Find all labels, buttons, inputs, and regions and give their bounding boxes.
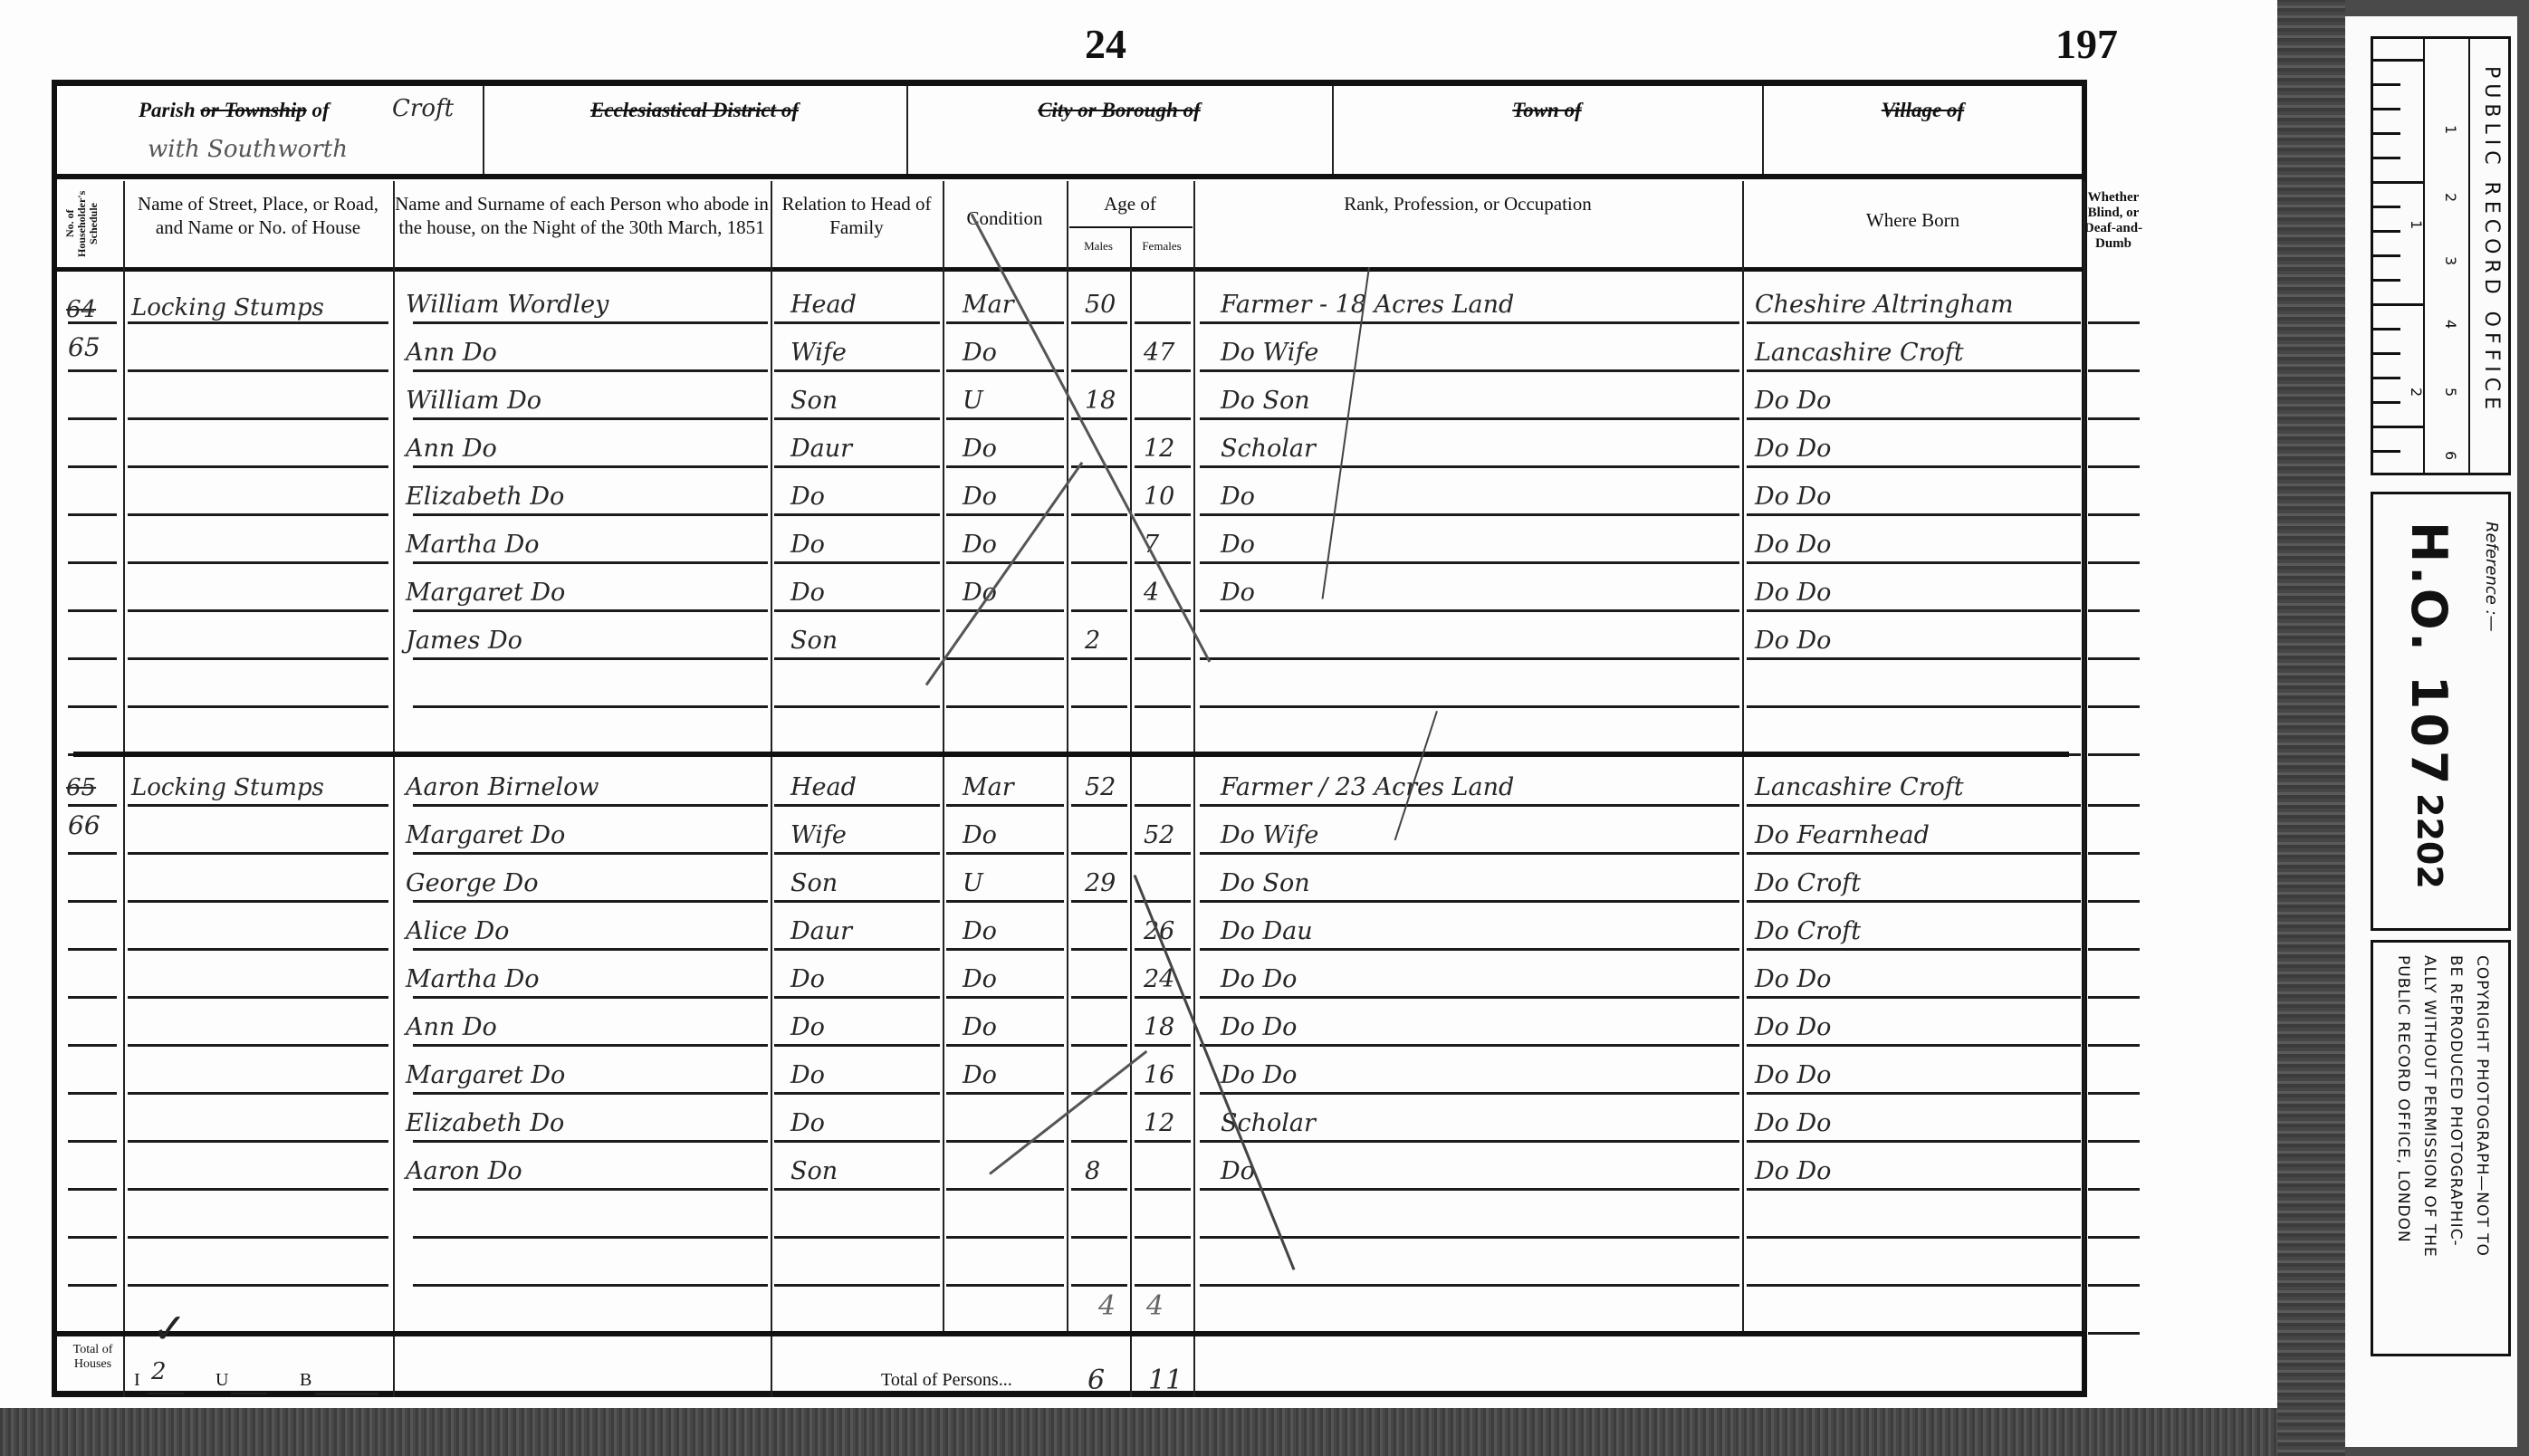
- person-name: Margaret Do: [406, 1061, 565, 1089]
- table-row: Alice DoDaurDo26Do DauDo Croft: [57, 903, 2082, 951]
- copyright-line: ALLY WITHOUT PERMISSION OF THE: [2416, 955, 2442, 1258]
- copyright-line: PUBLIC RECORD OFFICE, LONDON: [2390, 955, 2416, 1258]
- occupation: Do: [1221, 579, 1255, 607]
- row-rule: [946, 705, 1064, 708]
- copyright-notice: COPYRIGHT PHOTOGRAPH—NOT TO BE REPRODUCE…: [2390, 955, 2495, 1258]
- ruler-cm-1: 1: [2442, 125, 2459, 134]
- relation: Do: [790, 1013, 825, 1041]
- ruler-sep: [2468, 39, 2470, 473]
- males-total: 6: [1087, 1365, 1105, 1396]
- ruler-tick: [2373, 279, 2400, 282]
- row-rule: [2088, 369, 2140, 372]
- table-row: Martha DoDoDo24Do DoDo Do: [57, 951, 2082, 999]
- col-where-born: Where Born: [1742, 181, 2084, 267]
- ruler-tick: [2373, 377, 2400, 379]
- row-rule: [1747, 1236, 2081, 1239]
- row-rule: [2088, 1092, 2140, 1095]
- inhabited-value: 2: [151, 1358, 167, 1385]
- where-born: Do Fearnhead: [1755, 821, 1930, 849]
- reference-panel: PUBLIC RECORD OFFICE 1 2 3 4 5 6 1 2 Ref…: [2345, 16, 2517, 1447]
- row-rule: [413, 705, 768, 708]
- row-rule: [2088, 609, 2140, 612]
- col-relation: Relation to Head of Family: [771, 181, 943, 267]
- person-name: James Do: [406, 627, 522, 655]
- row-rule: [2088, 705, 2140, 708]
- row-rule: [1071, 1236, 1127, 1239]
- piece-number: 2202: [2409, 793, 2449, 889]
- age-male: 52: [1085, 773, 1116, 801]
- occupation: Do Wife: [1221, 821, 1318, 849]
- household-separator: [73, 752, 2069, 757]
- where-born: Do Do: [1755, 387, 1831, 415]
- table-row: James DoSon2Do Do: [57, 612, 2082, 660]
- where-born: Do Do: [1755, 1157, 1831, 1185]
- total-persons-label: Total of Persons...: [881, 1370, 1012, 1391]
- parish-value: Croft: [392, 95, 454, 122]
- person-name: Ann Do: [406, 339, 497, 367]
- village-field: Village of: [1762, 86, 2084, 177]
- ruler-tick: [2373, 157, 2400, 159]
- row-rule: [413, 1284, 768, 1287]
- where-born: Cheshire Altringham: [1755, 291, 2014, 319]
- row-rule: [2088, 900, 2140, 903]
- row-rule: [2088, 948, 2140, 951]
- age-female: 4: [1144, 579, 1159, 607]
- condition: U: [963, 869, 983, 897]
- row-rule: [2088, 1332, 2140, 1335]
- condition: Do: [963, 483, 997, 511]
- table-row: Margaret DoDoDo4DoDo Do: [57, 564, 2082, 612]
- where-born: Do Do: [1755, 579, 1831, 607]
- row-rule: [128, 1236, 388, 1239]
- females-pencil-tally: 4: [1146, 1290, 1164, 1322]
- person-name: Aaron Do: [406, 1157, 522, 1185]
- occupation: Farmer - 18 Acres Land: [1221, 291, 1514, 319]
- table-row: Aaron BirnelowHeadMar52Farmer / 23 Acres…: [57, 759, 2082, 807]
- condition: Do: [963, 339, 997, 367]
- row-rule: [128, 705, 388, 708]
- ruler-tick: [2373, 108, 2400, 110]
- where-born: Lancashire Croft: [1755, 773, 1964, 801]
- row-rule: [2088, 1236, 2140, 1239]
- row-rule: [2088, 753, 2140, 756]
- inhabited-label: I: [134, 1370, 140, 1391]
- column-header-divider: [57, 267, 2082, 272]
- row-rule: [2088, 1188, 2140, 1191]
- row-rule: [1747, 1284, 2081, 1287]
- col-age-of: Age of: [1067, 181, 1193, 225]
- occupation: Do: [1221, 483, 1255, 511]
- relation: Son: [790, 1157, 838, 1185]
- row-rule: [2088, 321, 2140, 324]
- table-row: Ann DoDoDo18Do DoDo Do: [57, 999, 2082, 1047]
- city-borough-label: City or Borough of: [906, 99, 1332, 122]
- age-male: 50: [1085, 291, 1116, 319]
- col-schedule-no: No. of Householder's Schedule: [64, 187, 119, 260]
- ruler-tick: [2373, 206, 2400, 208]
- ruler-tick: [2373, 303, 2423, 306]
- row-rule: [68, 1284, 117, 1287]
- occupation: Farmer / 23 Acres Land: [1221, 773, 1514, 801]
- ruler-cm-6: 6: [2442, 451, 2459, 460]
- town-label: Town of: [1332, 99, 1762, 122]
- person-name: William Wordley: [406, 291, 608, 319]
- age-female: 16: [1144, 1061, 1174, 1089]
- ruler-tick: [2373, 230, 2400, 233]
- occupation: Do: [1221, 531, 1255, 559]
- occupation: Do Son: [1221, 387, 1310, 415]
- age-female: 24: [1144, 965, 1174, 993]
- condition: Mar: [963, 773, 1014, 801]
- row-rule: [68, 705, 117, 708]
- occupation: Do Wife: [1221, 339, 1318, 367]
- ruler-tick: [2373, 450, 2400, 453]
- row-rule: [2088, 1044, 2140, 1047]
- age-female: 12: [1144, 435, 1174, 463]
- row-rule: [128, 1284, 388, 1287]
- checkmark-icon: ✓: [152, 1304, 187, 1353]
- row-rule: [2088, 1284, 2140, 1287]
- where-born: Do Do: [1755, 1013, 1831, 1041]
- parish-label: Parish: [139, 99, 196, 121]
- field-underline: [231, 1393, 267, 1394]
- ruler-cm-5: 5: [2442, 388, 2459, 397]
- condition: Do: [963, 435, 997, 463]
- town-field: Town of: [1332, 86, 1762, 177]
- row-rule: [1135, 1284, 1191, 1287]
- totals-divider: [57, 1331, 2082, 1336]
- uninhabited-label: U: [216, 1370, 228, 1391]
- col-sep: [2084, 181, 2085, 1331]
- relation: Wife: [790, 339, 847, 367]
- occupation: Do Do: [1221, 1013, 1297, 1041]
- where-born: Lancashire Croft: [1755, 339, 1964, 367]
- col-condition: Condition: [943, 181, 1067, 267]
- age-male: 2: [1085, 627, 1100, 655]
- page-number: 197: [2055, 20, 2118, 68]
- ruler-tick: [2373, 426, 2423, 428]
- row-rule: [1071, 1284, 1127, 1287]
- scan-background: [0, 1408, 2277, 1456]
- copyright-line: COPYRIGHT PHOTOGRAPH—NOT TO: [2468, 955, 2495, 1258]
- ruler-tick: [2373, 181, 2423, 184]
- row-rule: [2088, 465, 2140, 468]
- parish-field: Parish or Township of Croft with Southwo…: [57, 86, 483, 177]
- where-born: Do Croft: [1755, 869, 1861, 897]
- condition: Do: [963, 917, 997, 945]
- reference-box: Reference :— H.O. 107 2202: [2371, 492, 2511, 931]
- row-rule: [774, 1236, 940, 1239]
- person-name: George Do: [406, 869, 538, 897]
- table-row: William WordleyHeadMar50Farmer - 18 Acre…: [57, 276, 2082, 324]
- ruler-tick: [2373, 401, 2400, 404]
- table-row: Elizabeth DoDo12ScholarDo Do: [57, 1095, 2082, 1143]
- person-name: Martha Do: [406, 531, 539, 559]
- ruler-in-1: 1: [2408, 220, 2425, 229]
- row-rule: [413, 1236, 768, 1239]
- age-female: 12: [1144, 1109, 1174, 1137]
- table-row: Margaret DoWifeDo52Do WifeDo Fearnhead: [57, 807, 2082, 855]
- where-born: Do Croft: [1755, 917, 1861, 945]
- relation: Son: [790, 627, 838, 655]
- relation: Do: [790, 531, 825, 559]
- person-name: Ann Do: [406, 1013, 497, 1041]
- males-pencil-tally: 4: [1098, 1290, 1116, 1322]
- folio-number: 24: [1085, 20, 1126, 68]
- relation: Daur: [790, 435, 852, 463]
- row-rule: [1135, 705, 1191, 708]
- females-total: 11: [1148, 1365, 1183, 1396]
- row-rule: [2088, 996, 2140, 999]
- age-female: 10: [1144, 483, 1174, 511]
- where-born: Do Do: [1755, 1061, 1831, 1089]
- reference-code: H.O. 107: [2400, 522, 2457, 788]
- occupation: Do Do: [1221, 965, 1297, 993]
- table-row: Martha DoDoDo7DoDo Do: [57, 516, 2082, 564]
- ruler-title: PUBLIC RECORD OFFICE: [2480, 66, 2503, 415]
- col-males: Males: [1067, 229, 1130, 265]
- condition: Do: [963, 1061, 997, 1089]
- relation: Head: [790, 773, 857, 801]
- reference-label: Reference :—: [2482, 522, 2501, 632]
- condition: U: [963, 387, 983, 415]
- ruler-in-2: 2: [2408, 388, 2425, 397]
- ruler-tick: [2373, 83, 2400, 86]
- row-rule: [946, 1236, 1064, 1239]
- row-rule: [2088, 1140, 2140, 1143]
- ecclesiastical-district-label: Ecclesiastical District of: [483, 99, 906, 122]
- age-female: 47: [1144, 339, 1174, 367]
- row-rule: [1200, 705, 1739, 708]
- person-name: Aaron Birnelow: [406, 773, 599, 801]
- relation: Head: [790, 291, 857, 319]
- row-rule: [2088, 561, 2140, 564]
- row-rule: [2088, 513, 2140, 516]
- ruler: PUBLIC RECORD OFFICE 1 2 3 4 5 6 1 2: [2371, 36, 2511, 475]
- row-rule: [1135, 1236, 1191, 1239]
- parish-of: of: [312, 99, 330, 121]
- relation: Wife: [790, 821, 847, 849]
- person-name: Margaret Do: [406, 821, 565, 849]
- where-born: Do Do: [1755, 435, 1831, 463]
- person-name: Margaret Do: [406, 579, 565, 607]
- col-blind-deaf: Whether Blind, or Deaf-and-Dumb: [2084, 181, 2143, 267]
- table-row: Margaret DoDoDo16Do DoDo Do: [57, 1047, 2082, 1095]
- row-rule: [946, 1284, 1064, 1287]
- person-name: Elizabeth Do: [406, 483, 564, 511]
- relation: Do: [790, 1109, 825, 1137]
- table-row: Ann DoDaurDo12ScholarDo Do: [57, 420, 2082, 468]
- condition: Do: [963, 821, 997, 849]
- person-name: Alice Do: [406, 917, 509, 945]
- table-row: Aaron DoSon8DoDo Do: [57, 1143, 2082, 1191]
- person-name: Ann Do: [406, 435, 497, 463]
- person-name: Elizabeth Do: [406, 1109, 564, 1137]
- age-female: 52: [1144, 821, 1174, 849]
- where-born: Do Do: [1755, 531, 1831, 559]
- row-rule: [2088, 657, 2140, 660]
- row-rule: [2088, 417, 2140, 420]
- where-born: Do Do: [1755, 965, 1831, 993]
- township-struck: or Township: [200, 99, 306, 121]
- ruler-cm-3: 3: [2442, 256, 2459, 265]
- ruler-tick: [2373, 328, 2400, 330]
- ruler-sep: [2423, 39, 2425, 473]
- row-rule: [68, 1236, 117, 1239]
- condition: Do: [963, 965, 997, 993]
- row-rule: [2088, 852, 2140, 855]
- building-label: B: [300, 1370, 311, 1391]
- person-name: William Do: [406, 387, 541, 415]
- col-street: Name of Street, Place, or Road, and Name…: [123, 181, 393, 267]
- copyright-box: COPYRIGHT PHOTOGRAPH—NOT TO BE REPRODUCE…: [2371, 940, 2511, 1356]
- parish-value-line2: with Southworth: [148, 136, 348, 163]
- col-females: Females: [1130, 229, 1193, 265]
- relation: Do: [790, 579, 825, 607]
- copyright-line: BE REPRODUCED PHOTOGRAPHIC-: [2442, 955, 2468, 1258]
- relation: Do: [790, 483, 825, 511]
- row-rule: [774, 1284, 940, 1287]
- ruler-tick: [2373, 59, 2423, 62]
- row-rule: [774, 705, 940, 708]
- row-rule: [2088, 804, 2140, 807]
- occupation: Do Dau: [1221, 917, 1313, 945]
- where-born: Do Do: [1755, 483, 1831, 511]
- total-houses-label: Total of Houses: [68, 1343, 118, 1372]
- ruler-tick: [2373, 132, 2400, 135]
- table-row: Ann DoWifeDo47Do WifeLancashire Croft: [57, 324, 2082, 372]
- census-form: Parish or Township of Croft with Southwo…: [52, 80, 2087, 1397]
- age-male: 8: [1085, 1157, 1100, 1185]
- ruler-tick: [2373, 254, 2400, 257]
- age-male: 18: [1085, 387, 1116, 415]
- row-rule: [1200, 1284, 1739, 1287]
- occupation: Do Do: [1221, 1061, 1297, 1089]
- person-name: Martha Do: [406, 965, 539, 993]
- row-rule: [1747, 705, 2081, 708]
- condition: Mar: [963, 291, 1014, 319]
- ruler-cm-4: 4: [2442, 320, 2459, 329]
- ecclesiastical-district-field: Ecclesiastical District of: [483, 86, 906, 177]
- row-rule: [1071, 705, 1127, 708]
- col-name: Name and Surname of each Person who abod…: [393, 181, 771, 267]
- ruler-cm-2: 2: [2442, 193, 2459, 202]
- occupation: Do Son: [1221, 869, 1310, 897]
- condition: Do: [963, 1013, 997, 1041]
- occupation: Scholar: [1221, 435, 1316, 463]
- relation: Do: [790, 1061, 825, 1089]
- field-underline: [315, 1393, 378, 1395]
- ruler-tick: [2373, 352, 2400, 355]
- where-born: Do Do: [1755, 1109, 1831, 1137]
- where-born: Do Do: [1755, 627, 1831, 655]
- table-row: Elizabeth DoDoDo10DoDo Do: [57, 468, 2082, 516]
- relation: Son: [790, 869, 838, 897]
- condition: Do: [963, 531, 997, 559]
- village-label: Village of: [1762, 99, 2084, 122]
- binding-edge: [2277, 0, 2345, 1456]
- field-underline: [148, 1393, 184, 1394]
- table-row: George DoSonU29Do SonDo Croft: [57, 855, 2082, 903]
- city-borough-field: City or Borough of: [906, 86, 1332, 177]
- age-female: 18: [1144, 1013, 1174, 1041]
- age-male: 29: [1085, 869, 1116, 897]
- relation: Do: [790, 965, 825, 993]
- relation: Son: [790, 387, 838, 415]
- relation: Daur: [790, 917, 852, 945]
- col-occupation: Rank, Profession, or Occupation: [1193, 181, 1742, 267]
